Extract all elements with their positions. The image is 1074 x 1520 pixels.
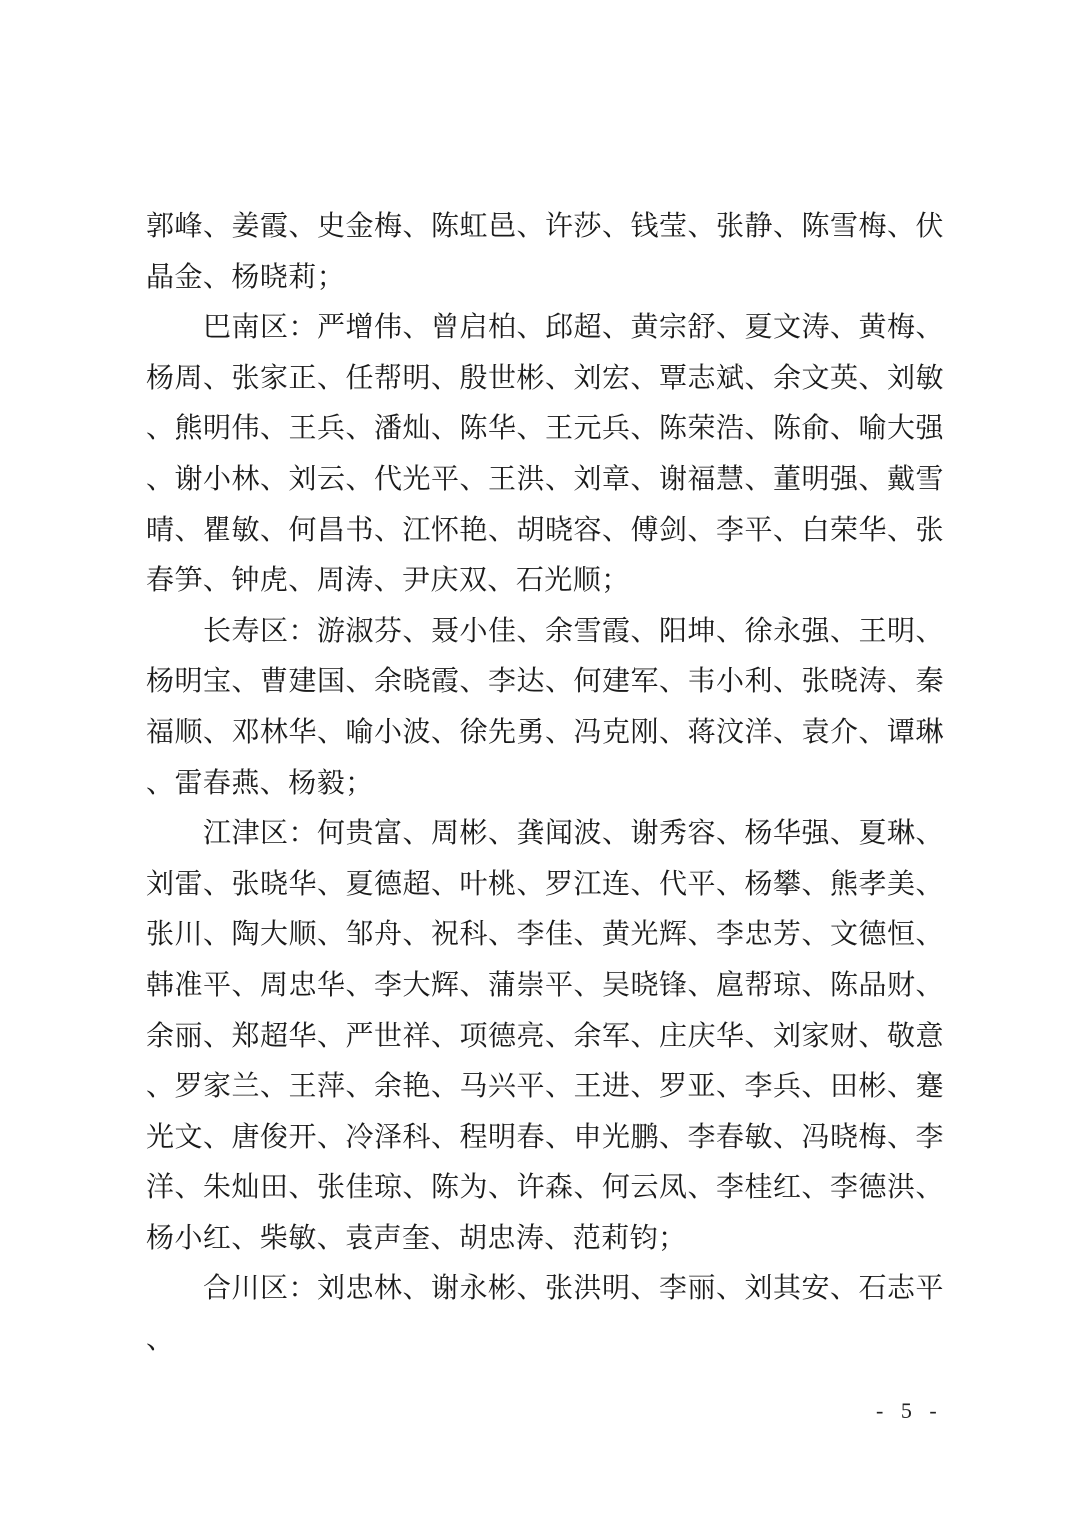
page-number: - 5 - [876,1398,943,1424]
paragraph-hechuan-district: 合川区：刘忠林、谢永彬、张洪明、李丽、刘其安、石志平、 [146,1263,944,1364]
paragraph-changshou-district: 长寿区：游淑芬、聂小佳、余雪霞、阳坤、徐永强、王明、杨明宝、曹建国、余晓霞、李达… [146,606,944,808]
paragraph-jiangjin-district: 江津区：何贵富、周彬、龚闻波、谢秀容、杨华强、夏琳、刘雷、张晓华、夏德超、叶桃、… [146,808,944,1263]
document-body: 郭峰、姜霞、史金梅、陈虹邑、许莎、钱莹、张静、陈雪梅、伏晶金、杨晓莉； 巴南区：… [146,201,944,1365]
paragraph-name-list-continuation: 郭峰、姜霞、史金梅、陈虹邑、许莎、钱莹、张静、陈雪梅、伏晶金、杨晓莉； [146,201,944,302]
paragraph-banan-district: 巴南区：严增伟、曾启柏、邱超、黄宗舒、夏文涛、黄梅、杨周、张家正、任帮明、殷世彬… [146,302,944,606]
